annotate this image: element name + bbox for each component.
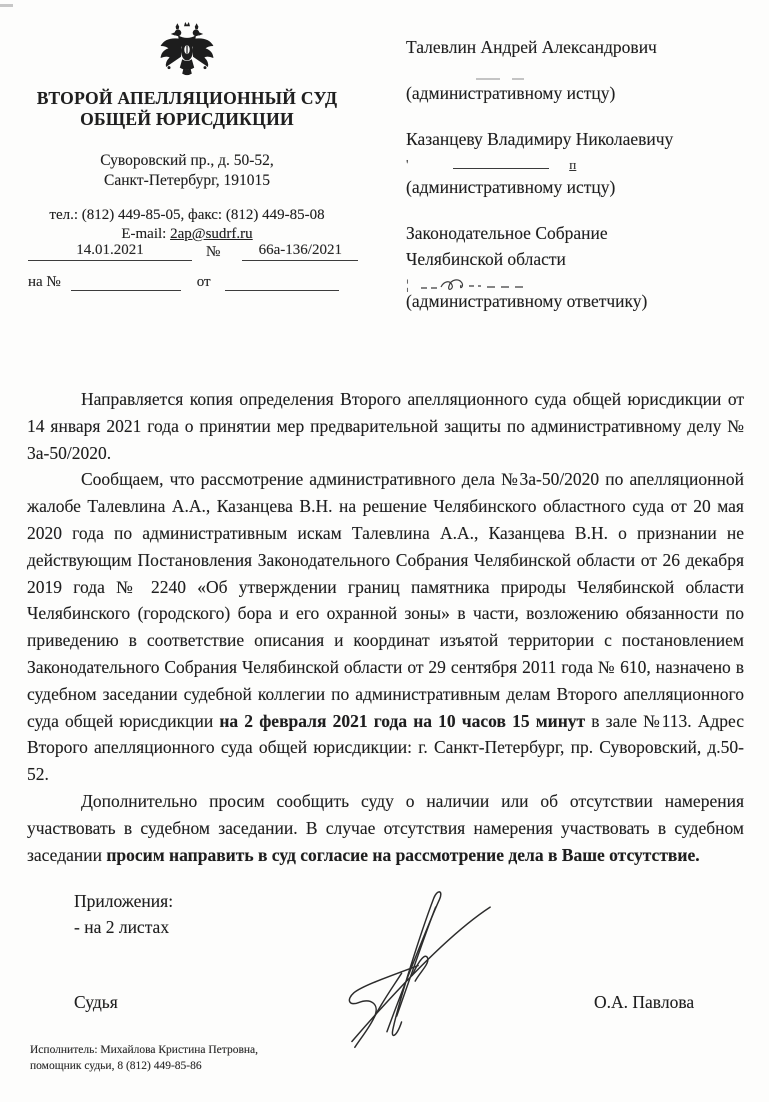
paragraph-1-text: Направляется копия определения Второго а… bbox=[27, 389, 744, 463]
from-label: от bbox=[197, 274, 211, 291]
court-phone-fax: тел.: (812) 449-85-05, факс: (812) 449-8… bbox=[20, 206, 354, 225]
signer-name: О.А. Павлова bbox=[594, 992, 694, 1013]
paragraph-2-bold-hearing-date: на 2 февраля 2021 года на 10 часов 15 ми… bbox=[219, 711, 585, 731]
letter-body: Направляется копия определения Второго а… bbox=[27, 386, 744, 1056]
on-number-label: на № bbox=[28, 274, 61, 291]
paragraph-3: Дополнительно просим сообщить суду о нал… bbox=[27, 788, 744, 868]
court-address-line1: Суворовский пр., д. 50-52, bbox=[20, 151, 354, 171]
executor-footer: Исполнитель: Михайлова Кристина Петровна… bbox=[30, 1042, 258, 1074]
coat-of-arms-icon bbox=[157, 20, 217, 84]
date-value: 14.01.2021 bbox=[28, 242, 192, 261]
from-blank-line bbox=[225, 289, 339, 291]
court-name-line2: ОБЩЕЙ ЮРИСДИКЦИИ bbox=[20, 109, 354, 130]
signature-scribble-icon bbox=[322, 874, 522, 1059]
recipient-2-role: (административному истцу) bbox=[406, 176, 615, 198]
court-email: 2ap@sudrf.ru bbox=[170, 226, 253, 242]
number-sign: № bbox=[206, 244, 220, 261]
outgoing-number-value: 66а-136/2021 bbox=[242, 242, 358, 261]
recipient-3-role: (административному ответчику) bbox=[406, 290, 647, 312]
recipient-2-name: Казанцеву Владимиру Николаевичу bbox=[406, 128, 673, 150]
recipient-3-name-line2: Челябинской области bbox=[406, 248, 566, 270]
letterhead: ВТОРОЙ АПЕЛЛЯЦИОННЫЙ СУД ОБЩЕЙ ЮРИСДИКЦИ… bbox=[20, 20, 354, 244]
court-address-line2: Санкт-Петербург, 191015 bbox=[20, 171, 354, 191]
signer-title: Судья bbox=[74, 992, 118, 1013]
on-number-blank-line bbox=[71, 289, 181, 291]
recipient-3-name-line1: Законодательное Собрание bbox=[406, 222, 608, 244]
court-name-line1: ВТОРОЙ АПЕЛЛЯЦИОННЫЙ СУД bbox=[20, 88, 354, 109]
scan-artifact bbox=[0, 4, 13, 7]
executor-line2: помощник судьи, 8 (812) 449-85-86 bbox=[30, 1058, 258, 1074]
paragraph-2: Сообщаем, что рассмотрение административ… bbox=[27, 466, 744, 788]
scanned-court-letter-page: ВТОРОЙ АПЕЛЛЯЦИОННЫЙ СУД ОБЩЕЙ ЮРИСДИКЦИ… bbox=[0, 0, 769, 1102]
redaction-char: п bbox=[569, 157, 576, 172]
reference-block: 14.01.2021 № 66а-136/2021 на № от bbox=[28, 242, 368, 291]
executor-line1: Исполнитель: Михайлова Кристина Петровна… bbox=[30, 1042, 258, 1058]
recipient-1-role: (административному истцу) bbox=[406, 82, 615, 104]
paragraph-2-text: Сообщаем, что рассмотрение административ… bbox=[27, 469, 744, 730]
paragraph-1: Направляется копия определения Второго а… bbox=[27, 386, 744, 466]
email-label: E-mail: bbox=[121, 226, 166, 242]
paragraph-3-bold-request: просим направить в суд согласие на рассм… bbox=[106, 845, 699, 865]
redaction-line-2: ' п bbox=[406, 152, 576, 177]
recipient-1-name: Талевлин Андрей Александрович bbox=[406, 36, 657, 58]
